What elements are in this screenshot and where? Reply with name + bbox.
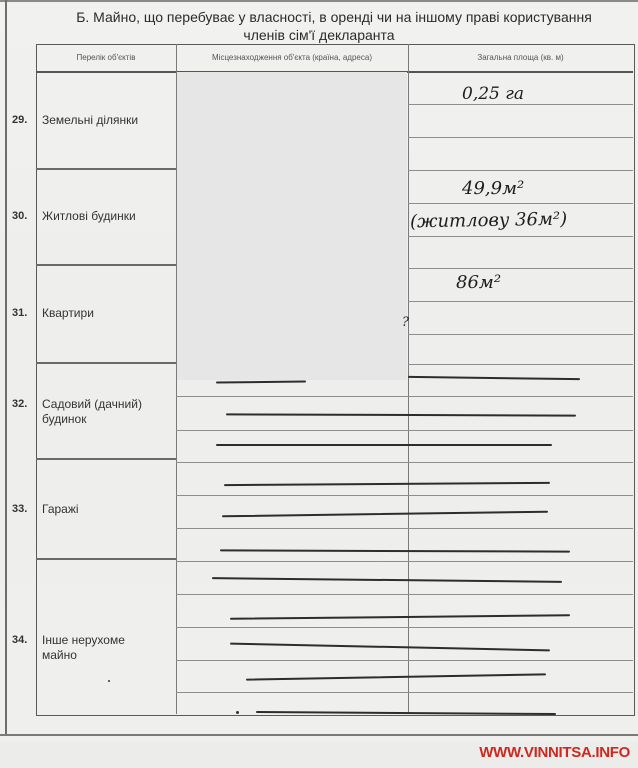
row-number-30: 30. <box>12 210 27 222</box>
row-number-29: 29. <box>12 114 27 126</box>
handwritten-apartment-area: 86м² <box>456 272 501 293</box>
row-group-divider <box>36 264 176 266</box>
handwritten-land-area: 0,25 га <box>462 84 524 104</box>
row-group-divider <box>36 458 176 460</box>
table-header: Перелік об'єктів Місцезнаходження об'єкт… <box>36 44 633 73</box>
row-line <box>176 430 633 431</box>
section-title-line1: Б. Майно, що перебуває у власності, в ор… <box>30 8 638 26</box>
row-line <box>408 104 633 105</box>
column-divider-2 <box>408 44 409 714</box>
row-line <box>408 170 633 171</box>
row-line <box>176 396 633 397</box>
row-line <box>408 268 633 269</box>
row-label-other-property: Інше нерухоме майно <box>42 633 152 663</box>
row-group-divider <box>36 362 176 364</box>
row-line <box>408 334 633 335</box>
row-line <box>408 137 633 138</box>
watermark-text: WWW.VINNITSA.INFO <box>479 744 630 761</box>
ink-dot <box>236 711 239 714</box>
top-border <box>0 0 638 2</box>
row-group-divider <box>36 558 176 560</box>
row-line <box>176 692 633 693</box>
row-label-summer-house: Садовий (дачний) будинок <box>42 397 172 427</box>
handwritten-house-area: 49,9м² <box>462 178 524 199</box>
row-group-divider <box>36 168 176 170</box>
empty-dash <box>216 444 552 446</box>
row-label-apartments: Квартири <box>42 306 94 321</box>
row-line <box>176 528 633 529</box>
row-line <box>408 301 633 302</box>
row-line <box>408 236 633 237</box>
ink-dot <box>108 680 110 682</box>
row-line <box>408 364 633 365</box>
row-label-garages: Гаражі <box>42 502 79 517</box>
row-line <box>176 561 633 562</box>
bottom-border <box>0 734 638 736</box>
row-line <box>176 462 633 463</box>
declaration-page: Б. Майно, що перебуває у власності, в ор… <box>0 0 638 742</box>
section-heading: Б. Майно, що перебуває у власності, в ор… <box>0 8 638 44</box>
row-line <box>176 594 633 595</box>
row-number-33: 33. <box>12 503 27 515</box>
row-line <box>176 495 633 496</box>
row-number-31: 31. <box>12 307 27 319</box>
handwritten-living-area: (житлову 36м²) <box>410 209 567 233</box>
row-number-32: 32. <box>12 398 27 410</box>
redacted-location-block <box>177 72 407 380</box>
row-number-34: 34. <box>12 634 27 646</box>
row-line <box>408 203 633 204</box>
row-label-land: Земельні ділянки <box>42 113 138 128</box>
column-header-location: Місцезнаходження об'єкта (країна, адреса… <box>176 44 408 71</box>
row-line <box>176 627 633 628</box>
column-header-area: Загальна площа (кв. м) <box>408 44 633 71</box>
row-line <box>176 660 633 661</box>
section-title-line2: членів сім'ї декларанта <box>243 27 394 43</box>
handwritten-stray-mark: ? <box>402 315 409 330</box>
left-border <box>5 0 7 735</box>
row-label-houses: Житлові будинки <box>42 209 136 224</box>
column-header-objects: Перелік об'єктів <box>36 44 176 71</box>
